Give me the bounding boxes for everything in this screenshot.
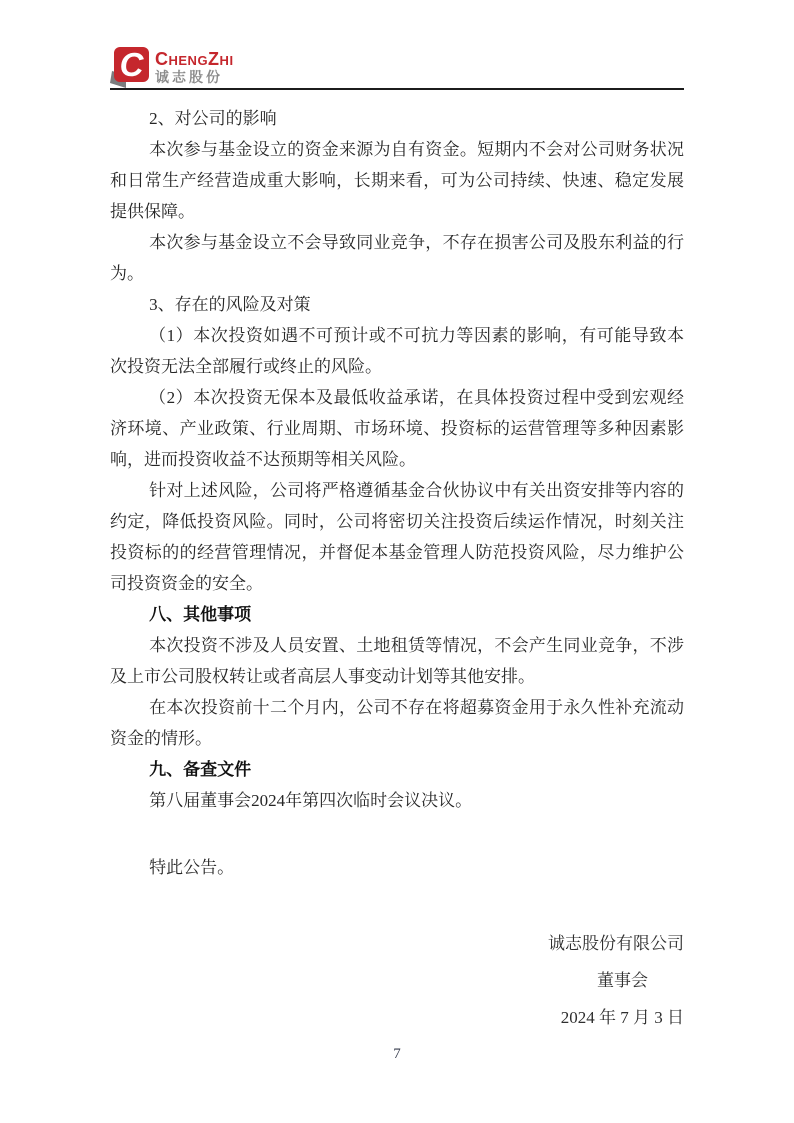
signature-date: 2024 年 7 月 3 日 bbox=[110, 999, 684, 1036]
paragraph: 第八届董事会2024年第四次临时会议决议。 bbox=[110, 785, 684, 816]
section-item-impact: 2、对公司的影响 bbox=[110, 103, 684, 134]
paragraph: （1）本次投资如遇不可预计或不可抗力等因素的影响，有可能导致本次投资无法全部履行… bbox=[110, 320, 684, 382]
signature-block: 诚志股份有限公司 董事会 2024 年 7 月 3 日 bbox=[110, 925, 684, 1036]
logo-text-en: ChengZhi bbox=[155, 50, 234, 68]
section-heading-reference-documents: 九、备查文件 bbox=[110, 754, 684, 785]
signature-company: 诚志股份有限公司 bbox=[110, 925, 684, 962]
company-logo: C ChengZhi 诚志股份 bbox=[110, 46, 234, 88]
signature-signer: 董事会 bbox=[110, 962, 684, 999]
paragraph: 本次投资不涉及人员安置、土地租赁等情况，不会产生同业竞争，不涉及上市公司股权转让… bbox=[110, 630, 684, 692]
paragraph: 本次参与基金设立的资金来源为自有资金。短期内不会对公司财务状况和日常生产经营造成… bbox=[110, 134, 684, 227]
paragraph: （2）本次投资无保本及最低收益承诺，在具体投资过程中受到宏观经济环境、产业政策、… bbox=[110, 382, 684, 475]
logo-text-cn: 诚志股份 bbox=[155, 70, 234, 84]
chengzhi-c-logo-icon: C bbox=[110, 46, 150, 88]
page-number: 7 bbox=[0, 1046, 794, 1063]
logo-wordmark: ChengZhi 诚志股份 bbox=[155, 50, 234, 84]
page-header: C ChengZhi 诚志股份 bbox=[110, 46, 684, 90]
section-item-risks: 3、存在的风险及对策 bbox=[110, 289, 684, 320]
announcement-body: 2、对公司的影响 本次参与基金设立的资金来源为自有资金。短期内不会对公司财务状况… bbox=[110, 90, 684, 883]
paragraph: 针对上述风险，公司将严格遵循基金合伙协议中有关出资安排等内容的约定，降低投资风险… bbox=[110, 475, 684, 599]
section-heading-other-matters: 八、其他事项 bbox=[110, 599, 684, 630]
paragraph: 本次参与基金设立不会导致同业竞争，不存在损害公司及股东利益的行为。 bbox=[110, 227, 684, 289]
closing-statement: 特此公告。 bbox=[110, 852, 684, 883]
document-page: C ChengZhi 诚志股份 2、对公司的影响 本次参与基金设立的资金来源为自… bbox=[0, 0, 794, 1123]
svg-text:C: C bbox=[120, 46, 145, 83]
paragraph: 在本次投资前十二个月内，公司不存在将超募资金用于永久性补充流动资金的情形。 bbox=[110, 692, 684, 754]
